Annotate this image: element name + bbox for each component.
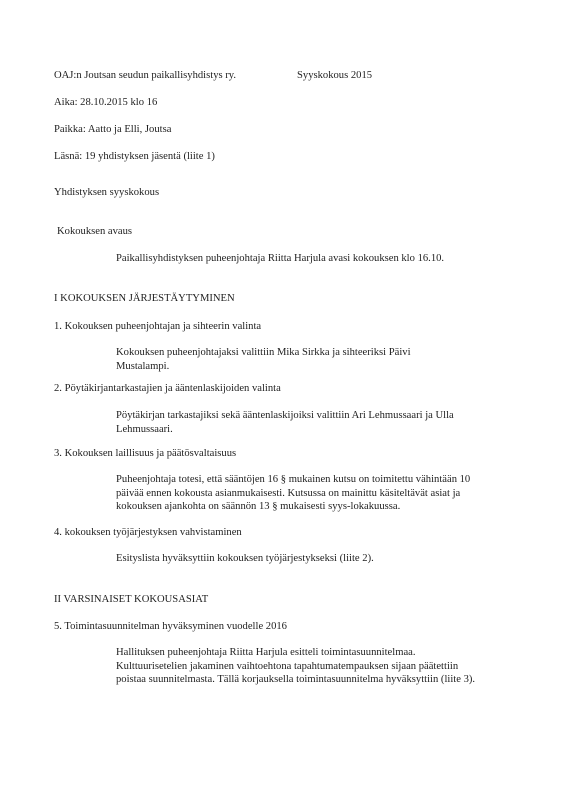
item-5-line: Kulttuurisetelien jakaminen vaihtoehtona… (116, 660, 516, 674)
attendance: Läsnä: 19 yhdistyksen jäsentä (liite 1) (54, 150, 215, 163)
item-1-heading: 1. Kokouksen puheenjohtajan ja sihteerin… (54, 320, 261, 333)
item-2-line: Pöytäkirjan tarkastajiksi sekä ääntenlas… (116, 409, 516, 423)
item-3-line: päivää ennen kokousta asianmukaisesti. K… (116, 487, 516, 501)
item-3-line: kokouksen ajankohta on säännön 13 § muka… (116, 500, 516, 514)
item-1-text: Kokouksen puheenjohtajaksi valittiin Mik… (116, 346, 516, 373)
section-1-heading: I KOKOUKSEN JÄRJESTÄYTYMINEN (54, 292, 235, 305)
item-4-heading: 4. kokouksen työjärjestyksen vahvistamin… (54, 526, 242, 539)
item-2-heading: 2. Pöytäkirjantarkastajien ja ääntenlask… (54, 382, 281, 395)
item-2-text: Pöytäkirjan tarkastajiksi sekä ääntenlas… (116, 409, 516, 436)
item-3-text: Puheenjohtaja totesi, että sääntöjen 16 … (116, 473, 516, 514)
item-5-line: poistaa suunnitelmasta. Tällä korjauksel… (116, 673, 516, 687)
section-2-heading: II VARSINAISET KOKOUSASIAT (54, 593, 208, 606)
item-5-heading: 5. Toimintasuunnitelman hyväksyminen vuo… (54, 620, 287, 633)
opening-heading: Kokouksen avaus (57, 225, 132, 238)
item-2-line: Lehmussaari. (116, 423, 516, 437)
opening-text: Paikallisyhdistyksen puheenjohtaja Riitt… (116, 252, 444, 265)
item-1-line: Kokouksen puheenjohtajaksi valittiin Mik… (116, 346, 516, 360)
meeting-place: Paikka: Aatto ja Elli, Joutsa (54, 123, 171, 136)
item-3-heading: 3. Kokouksen laillisuus ja päätösvaltais… (54, 447, 236, 460)
document-title: Yhdistyksen syyskokous (54, 186, 159, 199)
organization-name: OAJ:n Joutsan seudun paikallisyhdistys r… (54, 69, 236, 82)
meeting-name: Syyskokous 2015 (297, 69, 372, 82)
item-5-text: Hallituksen puheenjohtaja Riitta Harjula… (116, 646, 516, 687)
item-4-text: Esityslista hyväksyttiin kokouksen työjä… (116, 552, 374, 565)
item-5-line: Hallituksen puheenjohtaja Riitta Harjula… (116, 646, 516, 660)
item-3-line: Puheenjohtaja totesi, että sääntöjen 16 … (116, 473, 516, 487)
item-1-line: Mustalampi. (116, 360, 516, 374)
meeting-time: Aika: 28.10.2015 klo 16 (54, 96, 157, 109)
